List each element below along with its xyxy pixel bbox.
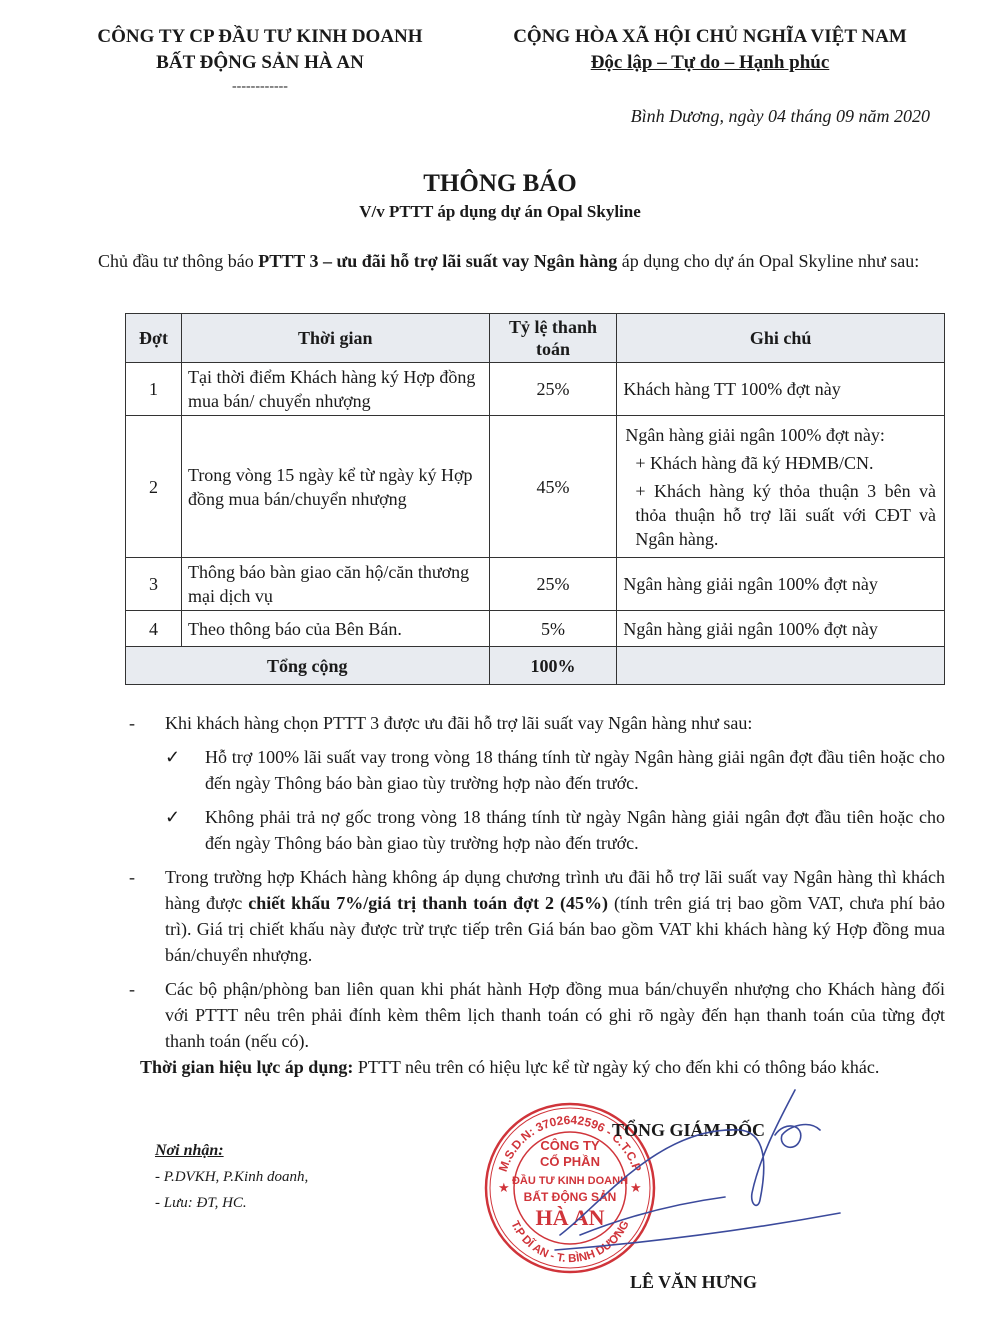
table-header-row: Đợt Thời gian Tỷ lệ thanh toán Ghi chú (126, 314, 945, 363)
note-sub-item: + Khách hàng đã ký HĐMB/CN. (625, 451, 936, 475)
cell-time: Theo thông báo của Bên Bán. (181, 611, 489, 647)
payment-schedule-table: Đợt Thời gian Tỷ lệ thanh toán Ghi chú 1… (125, 313, 945, 685)
table-row: 2 Trong vòng 15 ngày kể từ ngày ký Hợp đ… (126, 416, 945, 558)
date-line: Bình Dương, ngày 04 tháng 09 năm 2020 (540, 106, 930, 127)
cell-installment: 1 (126, 363, 182, 416)
bullet-item: - Trong trường hợp Khách hàng không áp d… (125, 864, 945, 968)
header-rate: Tỷ lệ thanh toán (489, 314, 617, 363)
table-row: 3 Thông báo bàn giao căn hộ/căn thương m… (126, 558, 945, 611)
table-row: 4 Theo thông báo của Bên Bán. 5% Ngân hà… (126, 611, 945, 647)
handwritten-signature-icon (520, 1085, 850, 1265)
recipient-item: - P.DVKH, P.Kinh doanh, (155, 1164, 415, 1190)
recipients-heading: Nơi nhận: (155, 1138, 415, 1164)
national-title: CỘNG HÒA XÃ HỘI CHỦ NGHĨA VIỆT NAM (460, 24, 960, 50)
total-label: Tổng cộng (126, 647, 490, 685)
company-name-line1: CÔNG TY CP ĐẦU TƯ KINH DOANH (55, 24, 465, 50)
effective-label: Thời gian hiệu lực áp dụng: (140, 1057, 353, 1077)
checkmark-icon: ✓ (165, 744, 180, 770)
company-name-line2: BẤT ĐỘNG SẢN HÀ AN (55, 50, 465, 76)
bullet-item: - Khi khách hàng chọn PTTT 3 được ưu đãi… (125, 710, 945, 736)
total-note-empty (617, 647, 945, 685)
note-sub-item: + Khách hàng ký thỏa thuận 3 bên và thỏa… (625, 479, 936, 551)
intro-paragraph: Chủ đầu tư thông báo PTTT 3 – ưu đãi hỗ … (98, 248, 943, 275)
terms-section: - Khi khách hàng chọn PTTT 3 được ưu đãi… (125, 710, 945, 1062)
header-installment: Đợt (126, 314, 182, 363)
company-header: CÔNG TY CP ĐẦU TƯ KINH DOANH BẤT ĐỘNG SẢ… (55, 24, 465, 96)
header-divider: ------------ (55, 78, 465, 96)
cell-note: Khách hàng TT 100% đợt này (617, 363, 945, 416)
cell-rate: 25% (489, 363, 617, 416)
dash-bullet-icon: - (129, 710, 135, 736)
effective-text: PTTT nêu trên có hiệu lực kể từ ngày ký … (353, 1057, 879, 1077)
cell-note: Ngân hàng giải ngân 100% đợt này (617, 558, 945, 611)
bullet-bold-text: chiết khấu 7%/giá trị thanh toán đợt 2 (… (248, 893, 608, 913)
cell-installment: 3 (126, 558, 182, 611)
document-title: THÔNG BÁO (0, 170, 1000, 198)
checkmark-icon: ✓ (165, 804, 180, 830)
check-text: Không phải trả nợ gốc trong vòng 18 thán… (205, 807, 945, 853)
total-value: 100% (489, 647, 617, 685)
header-note: Ghi chú (617, 314, 945, 363)
document-subtitle: V/v PTTT áp dụng dự án Opal Skyline (0, 202, 1000, 222)
cell-time: Trong vòng 15 ngày kể từ ngày ký Hợp đồn… (181, 416, 489, 558)
cell-installment: 2 (126, 416, 182, 558)
table-row: 1 Tại thời điểm Khách hàng ký Hợp đồng m… (126, 363, 945, 416)
bullet-text: Các bộ phận/phòng ban liên quan khi phát… (165, 979, 945, 1051)
cell-time: Tại thời điểm Khách hàng ký Hợp đồng mua… (181, 363, 489, 416)
signer-name: LÊ VĂN HƯNG (630, 1272, 830, 1293)
cell-note: Ngân hàng giải ngân 100% đợt này (617, 611, 945, 647)
svg-text:★: ★ (498, 1180, 510, 1195)
table-total-row: Tổng cộng 100% (126, 647, 945, 685)
intro-suffix: áp dụng cho dự án Opal Skyline như sau: (617, 251, 919, 271)
intro-bold: PTTT 3 – ưu đãi hỗ trợ lãi suất vay Ngân… (258, 251, 617, 271)
recipient-item: - Lưu: ĐT, HC. (155, 1190, 415, 1216)
header-time: Thời gian (181, 314, 489, 363)
effective-period: Thời gian hiệu lực áp dụng: PTTT nêu trê… (140, 1054, 945, 1081)
national-header: CỘNG HÒA XÃ HỘI CHỦ NGHĨA VIỆT NAM Độc l… (460, 24, 960, 76)
recipients-block: Nơi nhận: - P.DVKH, P.Kinh doanh, - Lưu:… (155, 1138, 415, 1216)
cell-time: Thông báo bàn giao căn hộ/căn thương mại… (181, 558, 489, 611)
note-line: Ngân hàng giải ngân 100% đợt này: (625, 423, 936, 447)
dash-bullet-icon: - (129, 976, 135, 1002)
intro-prefix: Chủ đầu tư thông báo (98, 251, 258, 271)
cell-rate: 5% (489, 611, 617, 647)
bullet-item: - Các bộ phận/phòng ban liên quan khi ph… (125, 976, 945, 1054)
check-item: ✓ Không phải trả nợ gốc trong vòng 18 th… (165, 804, 945, 856)
dash-bullet-icon: - (129, 864, 135, 890)
check-item: ✓ Hỗ trợ 100% lãi suất vay trong vòng 18… (165, 744, 945, 796)
check-text: Hỗ trợ 100% lãi suất vay trong vòng 18 t… (205, 747, 945, 793)
cell-rate: 45% (489, 416, 617, 558)
national-motto: Độc lập – Tự do – Hạnh phúc (460, 50, 960, 76)
cell-installment: 4 (126, 611, 182, 647)
cell-note: Ngân hàng giải ngân 100% đợt này: + Khác… (617, 416, 945, 558)
bullet-text: Khi khách hàng chọn PTTT 3 được ưu đãi h… (165, 713, 752, 733)
cell-rate: 25% (489, 558, 617, 611)
